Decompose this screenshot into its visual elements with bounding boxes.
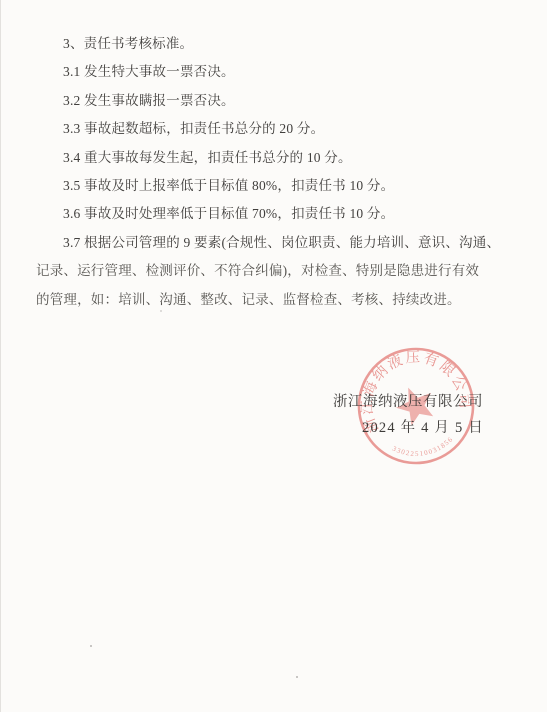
document-line-3-5: 3.5 事故及时上报率低于目标值 80%，扣责任书 10 分。	[36, 172, 498, 200]
document-line-3-2: 3.2 发生事故瞒报一票否决。	[36, 87, 498, 115]
document-line-3-7: 3.7 根据公司管理的 9 要素(合规性、岗位职责、能力培训、意识、沟通、	[36, 229, 498, 257]
document-line-title: 3、责任书考核标准。	[36, 30, 498, 58]
scan-speck	[90, 645, 92, 647]
signature-company-name: 浙江海纳液压有限公司	[333, 390, 483, 411]
document-line-3-7-b: 记录、运行管理、检测评价、不符合纠偏)，对检查、特别是隐患进行有效	[36, 257, 498, 285]
document-line-3-7-c: 的管理，如：培训、沟通、整改、记录、监督检查、考核、持续改进。	[36, 286, 498, 314]
document-body: 3、责任书考核标准。 3.1 发生特大事故一票否决。 3.2 发生事故瞒报一票否…	[36, 30, 498, 314]
document-line-3-6: 3.6 事故及时处理率低于目标值 70%，扣责任书 10 分。	[36, 200, 498, 228]
document-line-3-1: 3.1 发生特大事故一票否决。	[36, 58, 498, 86]
scan-speck	[160, 310, 162, 312]
document-line-3-4: 3.4 重大事故每发生起，扣责任书总分的 10 分。	[36, 144, 498, 172]
scanned-document-page: 3、责任书考核标准。 3.1 发生特大事故一票否决。 3.2 发生事故瞒报一票否…	[0, 0, 547, 712]
scan-edge-line	[0, 0, 1, 712]
signature-date: 2024 年 4 月 5 日	[362, 416, 484, 437]
document-line-3-3: 3.3 事故起数超标，扣责任书总分的 20 分。	[36, 115, 498, 143]
scan-speck	[296, 676, 298, 678]
